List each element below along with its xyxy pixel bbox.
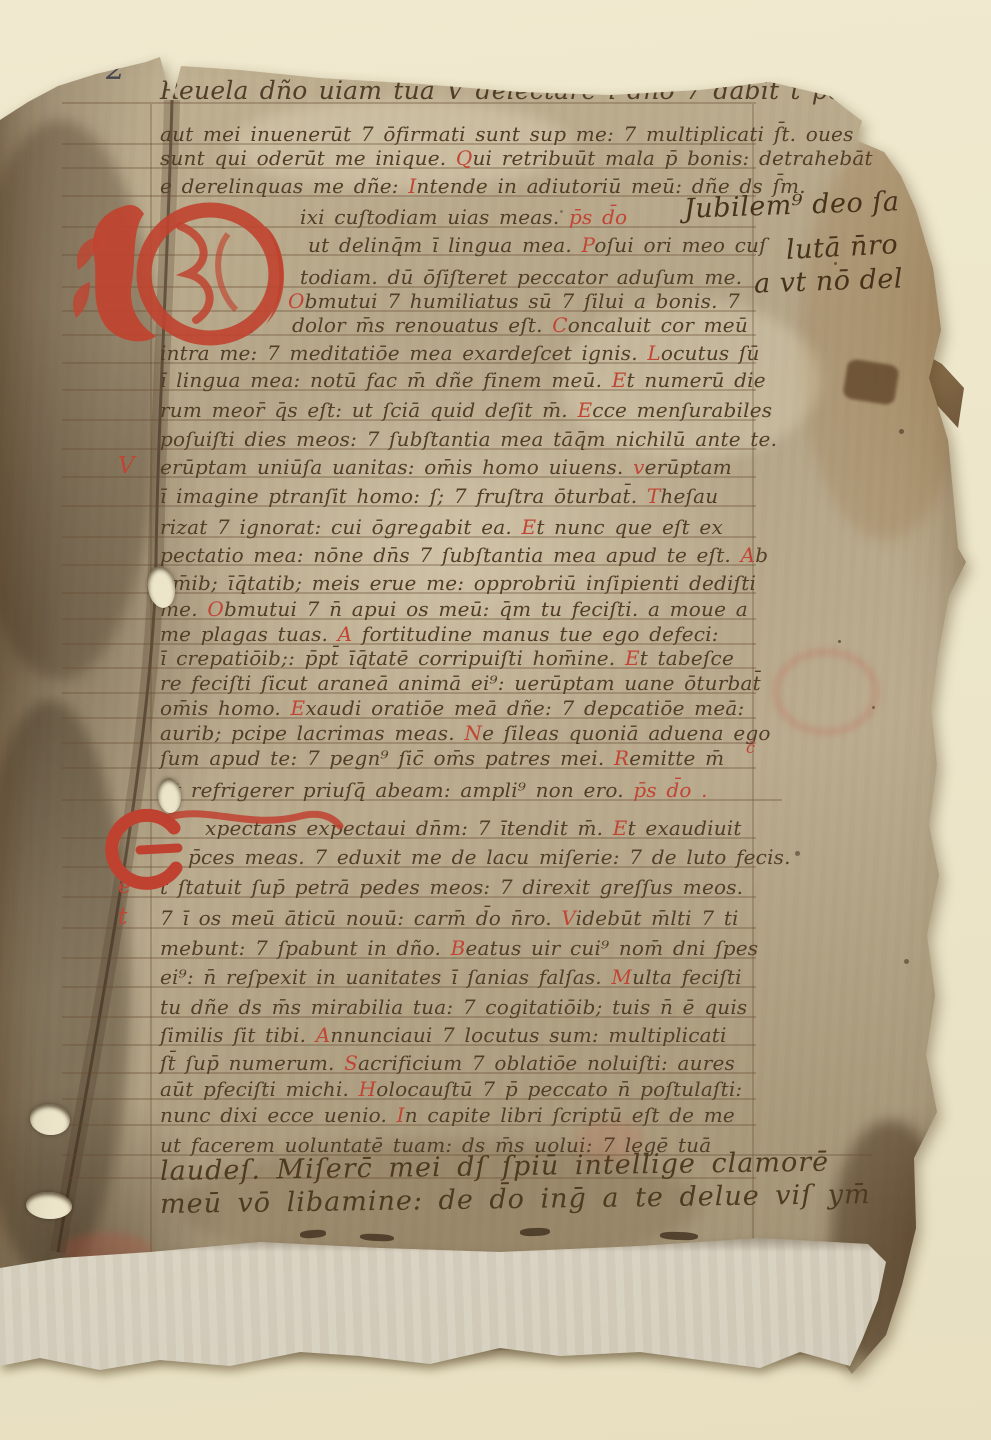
manuscript-photo: 2 Reuela dño uiam tuā V delectare ī dño …	[0, 0, 991, 1440]
repair-paper-strip	[0, 0, 991, 1440]
repair-strip-wrap	[0, 0, 991, 1440]
